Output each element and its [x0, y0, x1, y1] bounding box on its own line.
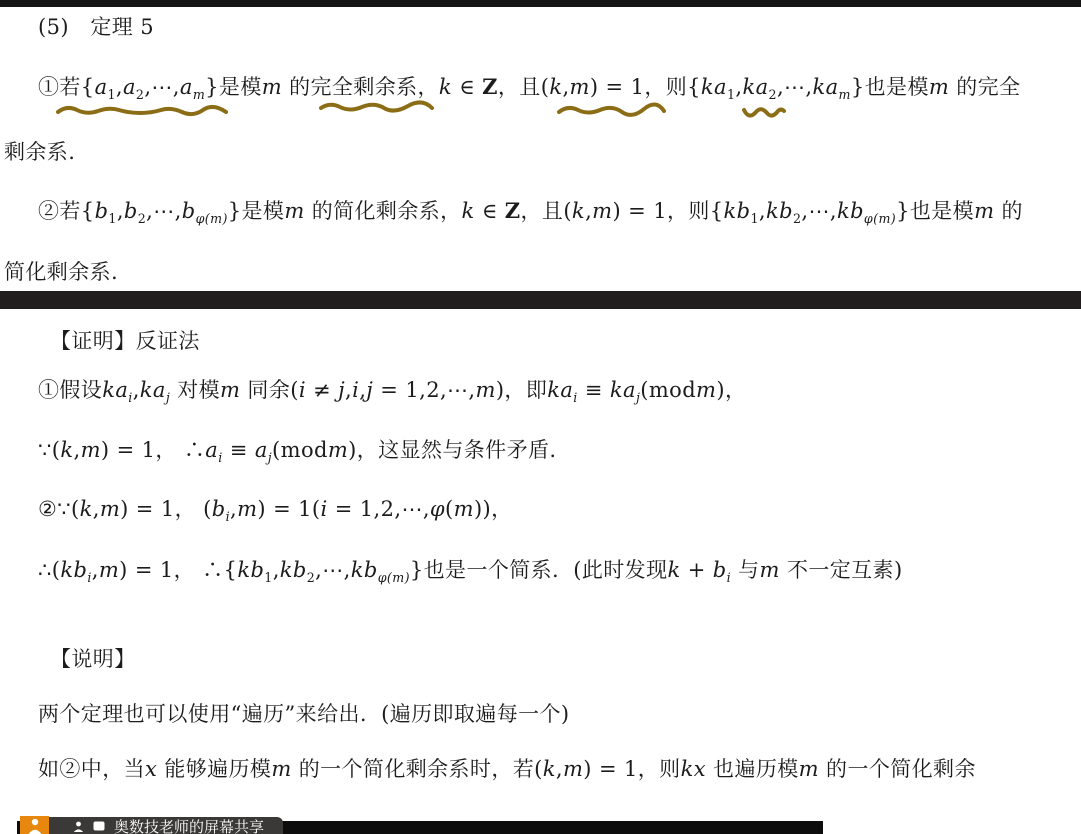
screen-icon: [93, 821, 105, 831]
wavy-underline-complete-residue-ink: [318, 99, 436, 115]
squiggle-under-ka1-ink: [741, 104, 787, 122]
proof-title: 【证明】反证法: [50, 328, 200, 355]
proof-step-2b: ∴(kbi,m) = 1， ∴{kb1,kb2,⋯,kbφ(m)}也是一个简系.…: [38, 557, 903, 584]
note-line-1: 两个定理也可以使用“遍历”来给出. (遍历即取遍每一个): [38, 701, 569, 728]
section-heading: (5) 定理 5: [38, 14, 154, 41]
section-divider-bar: [0, 291, 1081, 309]
person-icon: [73, 821, 84, 832]
proof-step-1: ①假设kai,kaj 对模m 同余(i ≠ j,i,j = 1,2,⋯,m)，即…: [38, 377, 746, 404]
theorem-1-line-1: ①若{a1,a2,⋯,am}是模m 的完全剩余系，k ∈ Z，且(k,m) = …: [38, 73, 1020, 101]
theorem-1-line-2: 剩余系.: [4, 139, 75, 166]
note-title: 【说明】: [50, 646, 136, 673]
wavy-underline-a1-to-am-ink: [55, 102, 230, 118]
wavy-underline-k-m-equals-1-ink: [556, 101, 668, 119]
screen-share-label: 奥数技老师的屏幕共享: [114, 820, 264, 834]
person-icon: [26, 816, 44, 834]
note-line-2: 如②中，当x 能够遍历模m 的一个简化剩余系时，若(k,m) = 1，则kx 也…: [38, 756, 976, 783]
proof-step-1b: ∵(k,m) = 1， ∴ai ≡ aj(modm)，这显然与条件矛盾.: [38, 437, 556, 464]
proof-step-2: ②∵(k,m) = 1， (bi,m) = 1(i = 1,2,⋯,φ(m))，: [38, 496, 513, 523]
sharer-avatar: [20, 816, 49, 834]
shared-screen-page: { "colors": { "top_bar": "#161616", "div…: [0, 0, 1081, 834]
theorem-2-line-1: ②若{b1,b2,⋯,bφ(m)}是模m 的简化剩余系，k ∈ Z，且(k,m)…: [38, 197, 1023, 225]
screen-share-toast[interactable]: 奥数技老师的屏幕共享: [49, 817, 283, 834]
theorem-2-line-2: 简化剩余系.: [4, 259, 118, 286]
top-edge-bar: [0, 0, 1081, 7]
